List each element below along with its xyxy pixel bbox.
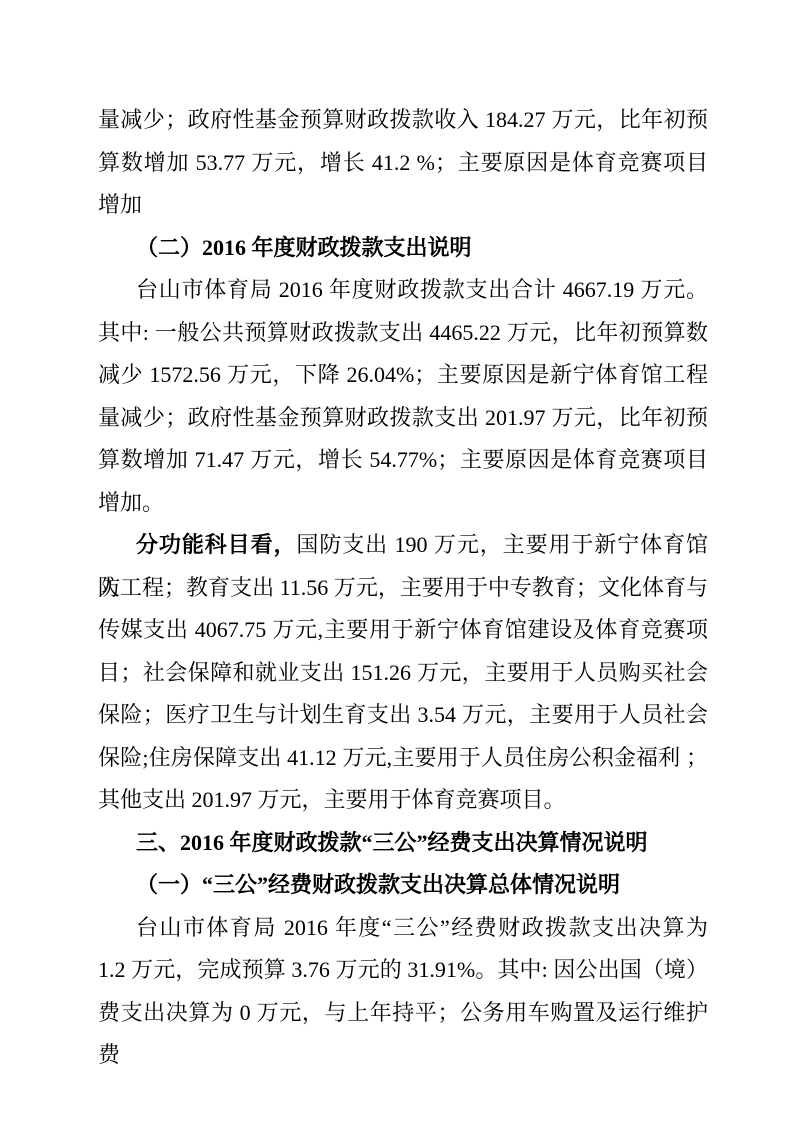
text-line: 其他支出 201.97 万元，主要用于体育竞赛项目。 xyxy=(98,779,708,822)
line-text: 减少 1572.56 万元，下降 26.04%；主要原因是新宁体育馆工程 xyxy=(98,362,708,387)
line-text: 增加。 xyxy=(98,490,164,515)
text-line: 算数增加 71.47 万元，增长 54.77%；主要原因是体育竞赛项目 xyxy=(98,439,708,482)
document-page: 量减少；政府性基金预算财政拨款收入 184.27 万元，比年初预算数增加 53.… xyxy=(0,0,793,1122)
text-line: 量减少；政府性基金预算财政拨款收入 184.27 万元，比年初预 xyxy=(98,99,708,142)
line-text: 其中: 一般公共预算财政拨款支出 4465.22 万元，比年初预算数 xyxy=(98,320,708,345)
line-text: 台山市体育局 2016 年度财政拨款支出合计 4667.19 万元。 xyxy=(136,277,708,302)
text-line: 目；社会保障和就业支出 151.26 万元，主要用于人员购买社会 xyxy=(98,652,708,695)
heading-line: （二）2016 年度财政拨款支出说明 xyxy=(98,227,708,270)
heading-line: （一）“三公”经费财政拨款支出决算总体情况说明 xyxy=(98,864,708,907)
document-body: 量减少；政府性基金预算财政拨款收入 184.27 万元，比年初预算数增加 53.… xyxy=(98,99,708,1034)
line-text: （二）2016 年度财政拨款支出说明 xyxy=(136,235,472,260)
heading-line: 三、2016 年度财政拨款“三公”经费支出决算情况说明 xyxy=(98,822,708,865)
line-text: 量减少；政府性基金预算财政拨款支出 201.97 万元，比年初预 xyxy=(98,405,708,430)
line-text: 增加 xyxy=(98,192,142,217)
text-line: 保险；医疗卫生与计划生育支出 3.54 万元，主要用于人员社会 xyxy=(98,694,708,737)
line-text: 1.2 万元，完成预算 3.76 万元的 31.91%。其中: 因公出国（境） xyxy=(98,957,708,982)
line-text: 保险;住房保障支出 41.12 万元,主要用于人员住房公积金福利 ； xyxy=(98,745,708,770)
line-text: 费支出决算为 0 万元，与上年持平；公务用车购置及运行维护费 xyxy=(98,1000,708,1068)
text-line: 传媒支出 4067.75 万元,主要用于新宁体育馆建设及体育竞赛项 xyxy=(98,609,708,652)
text-line: 算数增加 53.77 万元，增长 41.2 %；主要原因是体育竞赛项目 xyxy=(98,142,708,185)
text-line: 分功能科目看，国防支出 190 万元，主要用于新宁体育馆人 xyxy=(98,524,708,567)
text-line: 增加 xyxy=(98,184,708,227)
line-text: 算数增加 71.47 万元，增长 54.77%；主要原因是体育竞赛项目 xyxy=(98,447,708,472)
text-line: 其中: 一般公共预算财政拨款支出 4465.22 万元，比年初预算数 xyxy=(98,312,708,355)
text-line: 台山市体育局 2016 年度“三公”经费财政拨款支出决算为 xyxy=(98,907,708,950)
line-text: 其他支出 201.97 万元，主要用于体育竞赛项目。 xyxy=(98,787,566,812)
line-text: 传媒支出 4067.75 万元,主要用于新宁体育馆建设及体育竞赛项 xyxy=(98,617,708,642)
text-line: 台山市体育局 2016 年度财政拨款支出合计 4667.19 万元。 xyxy=(98,269,708,312)
line-text: 目；社会保障和就业支出 151.26 万元，主要用于人员购买社会 xyxy=(98,660,708,685)
line-text: 防工程；教育支出 11.56 万元，主要用于中专教育；文化体育与 xyxy=(98,575,708,600)
bold-lead: 分功能科目看， xyxy=(136,532,296,557)
text-line: 1.2 万元，完成预算 3.76 万元的 31.91%。其中: 因公出国（境） xyxy=(98,949,708,992)
text-line: 防工程；教育支出 11.56 万元，主要用于中专教育；文化体育与 xyxy=(98,567,708,610)
text-line: 增加。 xyxy=(98,482,708,525)
text-line: 量减少；政府性基金预算财政拨款支出 201.97 万元，比年初预 xyxy=(98,397,708,440)
line-text: 算数增加 53.77 万元，增长 41.2 %；主要原因是体育竞赛项目 xyxy=(98,150,708,175)
text-line: 费支出决算为 0 万元，与上年持平；公务用车购置及运行维护费 xyxy=(98,992,708,1035)
line-text: 台山市体育局 2016 年度“三公”经费财政拨款支出决算为 xyxy=(136,915,708,940)
text-line: 保险;住房保障支出 41.12 万元,主要用于人员住房公积金福利 ； xyxy=(98,737,708,780)
line-text: （一）“三公”经费财政拨款支出决算总体情况说明 xyxy=(136,872,620,897)
text-line: 减少 1572.56 万元，下降 26.04%；主要原因是新宁体育馆工程 xyxy=(98,354,708,397)
line-text: 保险；医疗卫生与计划生育支出 3.54 万元，主要用于人员社会 xyxy=(98,702,708,727)
line-text: 量减少；政府性基金预算财政拨款收入 184.27 万元，比年初预 xyxy=(98,107,708,132)
line-text: 三、2016 年度财政拨款“三公”经费支出决算情况说明 xyxy=(136,830,648,855)
